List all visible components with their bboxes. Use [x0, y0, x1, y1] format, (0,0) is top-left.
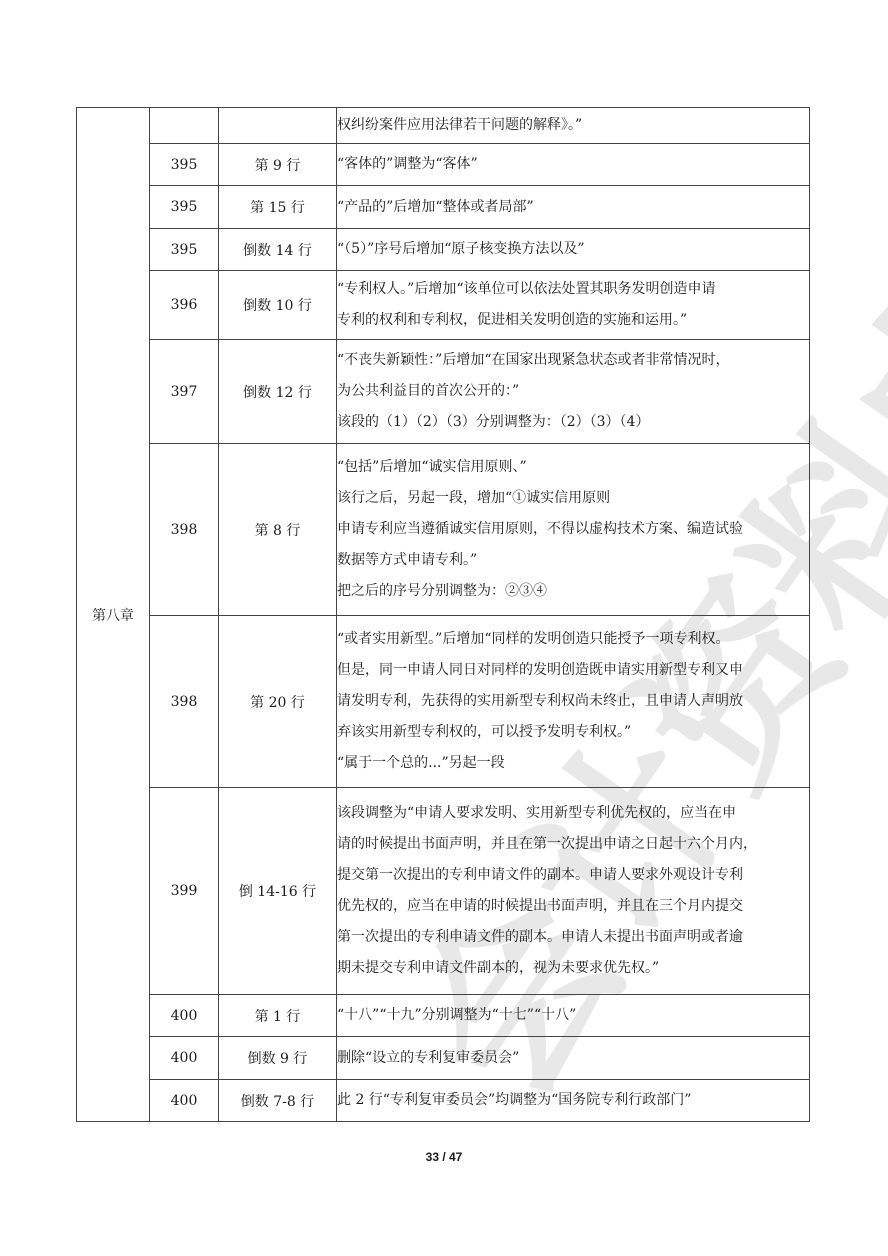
revision-content-cell: “专利权人。”后增加“该单位可以依法处置其职务发明创造申请专利的权利和专利权，促…	[337, 271, 810, 340]
revision-content-cell: 此 2 行“专利复审委员会”均调整为“国务院专利行政部门”	[337, 1080, 810, 1122]
revision-text-line: “不丧失新颖性：”后增加“在国家出现紧急状态或者非常情况时，	[337, 345, 809, 376]
revision-content-cell: “或者实用新型。”后增加“同样的发明创造只能授予一项专利权。但是，同一申请人同日…	[337, 616, 810, 788]
page-number-cell: 395	[150, 144, 219, 186]
revision-text-line: 优先权的，应当在申请的时候提出书面声明，并且在三个月内提交	[337, 891, 809, 922]
page-number-cell	[150, 108, 219, 144]
line-location-cell: 第 20 行	[219, 616, 337, 788]
page-number-cell: 400	[150, 995, 219, 1037]
revision-content-cell: 权纠纷案件应用法律若干问题的解释》。”	[337, 108, 810, 144]
revision-text-line: “（5）”序号后增加“原子核变换方法以及”	[337, 234, 809, 265]
revision-text-line: 专利的权利和专利权，促进相关发明创造的实施和运用。”	[337, 305, 809, 336]
revision-content-cell: “包括”后增加“诚实信用原则、”该行之后，另起一段，增加“①诚实信用原则申请专利…	[337, 444, 810, 616]
revision-text-line: “属于一个总的...”另起一段	[337, 748, 809, 779]
table-row: 396倒数 10 行“专利权人。”后增加“该单位可以依法处置其职务发明创造申请专…	[77, 271, 810, 340]
revision-text-line: 该行之后，另起一段，增加“①诚实信用原则	[337, 483, 809, 514]
revision-content-cell: “不丧失新颖性：”后增加“在国家出现紧急状态或者非常情况时，为公共利益目的首次公…	[337, 340, 810, 444]
table-row: 397倒数 12 行“不丧失新颖性：”后增加“在国家出现紧急状态或者非常情况时，…	[77, 340, 810, 444]
page-number-cell: 399	[150, 788, 219, 995]
revision-text-line: “产品的”后增加“整体或者局部”	[337, 192, 809, 223]
page-number-cell: 396	[150, 271, 219, 340]
revision-table: 第八章权纠纷案件应用法律若干问题的解释》。”395第 9 行“客体的”调整为“客…	[76, 107, 810, 1122]
revision-content-cell: 该段调整为“申请人要求发明、实用新型专利优先权的，应当在申请的时候提出书面声明，…	[337, 788, 810, 995]
revision-text-line: 但是，同一申请人同日对同样的发明创造既申请实用新型专利又申	[337, 655, 809, 686]
revision-text-line: “专利权人。”后增加“该单位可以依法处置其职务发明创造申请	[337, 274, 809, 305]
revision-text-line: 该段调整为“申请人要求发明、实用新型专利优先权的，应当在申	[337, 798, 809, 829]
revision-text-line: 删除“设立的专利复审委员会”	[337, 1043, 809, 1074]
line-location-cell: 倒数 10 行	[219, 271, 337, 340]
revision-text-line: 请的时候提出书面声明，并且在第一次提出申请之日起十六个月内，	[337, 829, 809, 860]
page-indicator: 33 / 47	[0, 1150, 888, 1164]
revision-text-line: 提交第一次提出的专利申请文件的副本。申请人要求外观设计专利	[337, 860, 809, 891]
revision-content-cell: 删除“设立的专利复审委员会”	[337, 1037, 810, 1080]
revision-text-line: 数据等方式申请专利。”	[337, 545, 809, 576]
page-number-cell: 400	[150, 1037, 219, 1080]
page-number-cell: 397	[150, 340, 219, 444]
chapter-cell: 第八章	[77, 108, 150, 1122]
revision-text-line: 期未提交专利申请文件副本的，视为未要求优先权。”	[337, 953, 809, 984]
line-location-cell: 第 8 行	[219, 444, 337, 616]
line-location-cell: 第 1 行	[219, 995, 337, 1037]
revision-text-line: 弃该实用新型专利权的，可以授予发明专利权。”	[337, 717, 809, 748]
revision-text-line: 为公共利益目的首次公开的：”	[337, 376, 809, 407]
table-row: 400第 1 行“十八”“十九”分别调整为“十七”“十八”	[77, 995, 810, 1037]
table-row: 400倒数 7-8 行此 2 行“专利复审委员会”均调整为“国务院专利行政部门”	[77, 1080, 810, 1122]
line-location-cell: 倒数 14 行	[219, 229, 337, 271]
revision-text-line: 第一次提出的专利申请文件的副本。申请人未提出书面声明或者逾	[337, 922, 809, 953]
revision-text-line: 此 2 行“专利复审委员会”均调整为“国务院专利行政部门”	[337, 1085, 809, 1116]
table-row: 第八章权纠纷案件应用法律若干问题的解释》。”	[77, 108, 810, 144]
table-row: 395第 15 行“产品的”后增加“整体或者局部”	[77, 186, 810, 229]
page-number-cell: 398	[150, 444, 219, 616]
revision-text-line: 把之后的序号分别调整为：②③④	[337, 576, 809, 607]
line-location-cell: 倒数 12 行	[219, 340, 337, 444]
table-row: 395第 9 行“客体的”调整为“客体”	[77, 144, 810, 186]
page-number-cell: 400	[150, 1080, 219, 1122]
table-row: 398第 20 行“或者实用新型。”后增加“同样的发明创造只能授予一项专利权。但…	[77, 616, 810, 788]
page-number-cell: 398	[150, 616, 219, 788]
revision-text-line: 请发明专利，先获得的实用新型专利权尚未终止，且申请人声明放	[337, 686, 809, 717]
revision-text-line: “十八”“十九”分别调整为“十七”“十八”	[337, 1000, 809, 1031]
line-location-cell: 第 9 行	[219, 144, 337, 186]
revision-text-line: 权纠纷案件应用法律若干问题的解释》。”	[337, 110, 809, 141]
line-location-cell: 倒数 9 行	[219, 1037, 337, 1080]
revision-text-line: “客体的”调整为“客体”	[337, 149, 809, 180]
revision-content-cell: “（5）”序号后增加“原子核变换方法以及”	[337, 229, 810, 271]
table-row: 400倒数 9 行删除“设立的专利复审委员会”	[77, 1037, 810, 1080]
page-number-cell: 395	[150, 186, 219, 229]
revision-text-line: 申请专利应当遵循诚实信用原则，不得以虚构技术方案、编造试验	[337, 514, 809, 545]
line-location-cell	[219, 108, 337, 144]
revision-content-cell: “产品的”后增加“整体或者局部”	[337, 186, 810, 229]
table-row: 399倒 14-16 行该段调整为“申请人要求发明、实用新型专利优先权的，应当在…	[77, 788, 810, 995]
table-row: 398第 8 行“包括”后增加“诚实信用原则、”该行之后，另起一段，增加“①诚实…	[77, 444, 810, 616]
table-row: 395倒数 14 行“（5）”序号后增加“原子核变换方法以及”	[77, 229, 810, 271]
revision-text-line: 该段的（1）（2）（3）分别调整为：（2）（3）（4）	[337, 407, 809, 438]
revision-content-cell: “客体的”调整为“客体”	[337, 144, 810, 186]
line-location-cell: 倒 14-16 行	[219, 788, 337, 995]
page-number-cell: 395	[150, 229, 219, 271]
revision-text-line: “或者实用新型。”后增加“同样的发明创造只能授予一项专利权。	[337, 624, 809, 655]
line-location-cell: 第 15 行	[219, 186, 337, 229]
revision-text-line: “包括”后增加“诚实信用原则、”	[337, 452, 809, 483]
line-location-cell: 倒数 7-8 行	[219, 1080, 337, 1122]
revision-content-cell: “十八”“十九”分别调整为“十七”“十八”	[337, 995, 810, 1037]
